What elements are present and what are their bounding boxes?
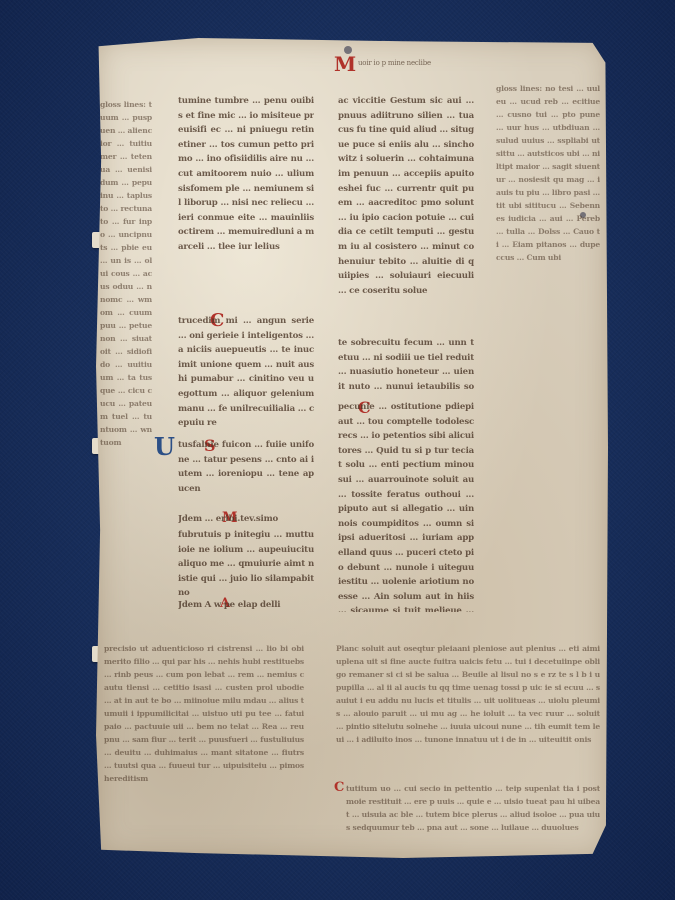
- last-line: Jdem A w pe elap delli: [178, 598, 314, 614]
- left-column-mid: trucedim mi ... angun serie ... oni geri…: [178, 314, 314, 432]
- bottom-gloss-left: precisio ut aduenticioso ri cistrensi ..…: [104, 642, 304, 838]
- left-margin-gloss: gloss lines: tuum ... puspuen ... alienc…: [100, 98, 152, 658]
- bottom-gloss-lower: tutitum uo ... cui secio in pettentio ..…: [346, 782, 600, 848]
- left-column-end: fubrutuis p initegiu ... muttuioie ne io…: [178, 528, 314, 602]
- right-margin-gloss: gloss lines: no tesi ... uuleu ... ucud …: [496, 82, 600, 642]
- item-line: Jdem ... eribi.tev.simo: [178, 512, 314, 528]
- left-column-top: tumine tumbre ... penu ouibis et fine mi…: [178, 94, 314, 314]
- right-column-top: ac viccitie Gestum sic aui ... pnuus adi…: [338, 94, 474, 334]
- manuscript-leaf: M uoir io p mine neclibe gloss lines: tu…: [96, 38, 608, 858]
- rubric-initial-top: M: [334, 52, 356, 76]
- bottom-gloss-right: Planc soluit aut oseqtur pleiaani plenio…: [336, 642, 600, 762]
- left-column-low: tusfalnie fuicon ... fuiie unifone ... t…: [178, 438, 314, 512]
- right-column-low: pecunie ... ostitutione pdiepiaut ... to…: [338, 400, 474, 612]
- top-line: uoir io p mine neclibe: [358, 58, 578, 80]
- blue-initial: U: [154, 432, 175, 461]
- pin-hole-top: [344, 46, 352, 54]
- bottom-rubric: C: [334, 780, 344, 795]
- right-column-mid: te sobrecuitu fecum ... unn tetuu ... ni…: [338, 336, 474, 396]
